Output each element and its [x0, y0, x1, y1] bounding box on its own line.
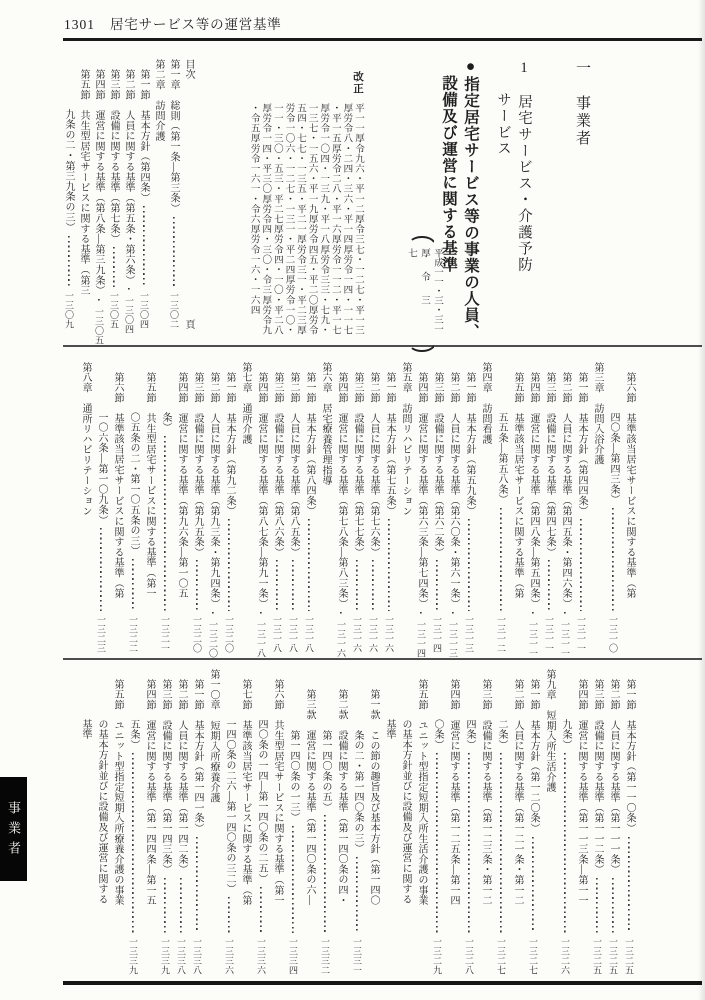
toc-entry: 第四節 運営に関する基準（第九六条―第一〇五 — [173, 362, 189, 653]
toc-entry-text: 〇条） — [429, 719, 445, 750]
toc-page-number: 一三二七 — [493, 936, 509, 975]
toc-entry: 第一四〇条の一三） 一三三四 — [285, 669, 301, 975]
toc-entry-text: 二条） — [493, 719, 509, 750]
toc-entry: の基本方針並びに設備及び運営に関する — [397, 669, 413, 975]
toc-entry: 〇条） 一三二九 — [429, 669, 445, 975]
dotted-leader — [605, 508, 621, 611]
toc-entry: 第五節 共生型居宅サービスに関する基準（第三 — [76, 59, 91, 329]
amendment-column: 平一一厚令九六・平一二厚令三七・一二七・平一三 — [351, 103, 363, 335]
toc-page-number: 一三〇五 — [91, 306, 106, 345]
toc-entry-text: 第四節 運営に関する基準（第八条―第三九条） — [91, 69, 106, 296]
toc-entry: 第四節 運営に関する基準（第一二五条―第一四 — [445, 669, 461, 975]
dotted-leader — [557, 753, 573, 933]
dotted-leader — [589, 878, 605, 933]
toc-entry: 第二節 人員に関する基準（第七六条） 一三一六 — [365, 362, 381, 653]
dotted-leader — [285, 826, 301, 933]
dotted-leader — [125, 559, 141, 611]
toc-entry-text: 四条） — [461, 719, 477, 750]
toc-entry-text: 第三款 運営に関する基準（第一四〇条の六― — [301, 689, 317, 905]
toc-entry-text: 基準 — [381, 719, 397, 740]
toc-entry-text: 第二節 人員に関する基準（第一二一条・第一二 — [509, 679, 525, 906]
toc-entry-text: 第一節 基本方針（第九二条） — [221, 372, 237, 516]
toc-entry-text: 第六節 共生型居宅サービスに関する基準（第一 — [269, 679, 285, 906]
toc-entry: 第二章 訪問介護 — [151, 59, 166, 329]
toc-entry-text: 第一節 基本方針（第七五条） — [381, 372, 397, 516]
toc-entry: 五五条―第五八条） 一三一二 — [493, 362, 509, 653]
toc-entry-text: 第四章 訪問看護 — [477, 362, 493, 444]
amendment-label: 改正 — [350, 71, 365, 95]
toc-entry-text: 第二節 人員に関する基準（第七六条） — [365, 372, 381, 557]
toc-entry-text: 第五節 共生型居宅サービスに関する基準（第三 — [76, 69, 91, 296]
toc-page-number: 一三一三 — [445, 619, 461, 658]
toc-entry-text: 第五節 共生型居宅サービスに関する基準（第一 — [141, 372, 157, 599]
dotted-leader — [189, 837, 205, 934]
toc-entry-text: 四〇条―第四三条） — [605, 412, 621, 505]
toc-entry-text: 第三節 設備に関する基準（第一四三条） — [157, 679, 173, 875]
dotted-leader — [166, 217, 181, 288]
toc-page-number: 一三二〇 — [205, 619, 221, 658]
toc-entry: 第三節 設備に関する基準（第七条） 一三〇五 — [106, 59, 121, 329]
dotted-leader — [253, 612, 269, 616]
toc-entry: 第一節 基本方針（第四四条） 一三一一 — [573, 362, 589, 653]
dotted-leader — [269, 560, 285, 611]
dotted-leader — [493, 753, 509, 933]
toc-entry-text: 第七節 基準該当居宅サービスに関する基準（第 — [237, 679, 253, 906]
amendment-column: 厚労令一〇四・一三九・平一八厚労令三三・七九・ — [317, 103, 329, 335]
part-heading: 一 事業者 1 居宅サービス・介護予防 サービス — [493, 60, 593, 346]
toc-entry-text: 第二節 人員に関する基準（第五条・第六条） — [121, 69, 136, 285]
toc-entry: 基準 — [77, 669, 93, 975]
dotted-leader — [413, 612, 429, 616]
subsection-text: 居宅サービス・介護予防 — [516, 78, 532, 274]
toc-entry: 第一節 基本方針（第八四条） 一三一八 — [301, 362, 317, 653]
toc-page-number: 一三三九 — [157, 936, 173, 975]
toc-page-number: 一三一一 — [557, 619, 573, 658]
toc-entry: 第五節 基準該当居宅サービスに関する基準（第 — [509, 362, 525, 653]
dotted-leader — [136, 206, 151, 287]
toc-page-number: 一三二五 — [621, 936, 637, 975]
dotted-leader — [525, 837, 541, 934]
bottom-rule — [63, 981, 702, 985]
toc-entry: 第九章 短期入所生活介護 — [541, 669, 557, 975]
toc-page-number: 一三一三 — [461, 614, 477, 653]
toc-page-number: 一三一一 — [541, 614, 557, 653]
toc-entry: 九条の二・第三九条の三） 一三〇九 — [61, 59, 76, 329]
toc-entry: 第一〇章 短期入所療養介護 — [205, 669, 221, 975]
dotted-leader — [557, 612, 573, 616]
dotted-leader — [106, 247, 121, 287]
toc-band-1: 目次 頁 第一章 総則（第一条―第三条） 一三〇二 第二章 訪問介護 第一節 基… — [61, 59, 196, 329]
dotted-leader — [157, 436, 173, 611]
toc-entry: 第一節 基本方針（第一二〇条） 一三二七 — [525, 669, 541, 975]
toc-entry-text: 条） — [157, 412, 173, 433]
toc-entry-text: の基本方針並びに設備及び運営に関する — [397, 719, 413, 904]
toc-entry-text: 第四節 運営に関する基準（第一四四条―第一五 — [141, 679, 157, 906]
toc-entry: 一四〇条の二六―第一四〇条の三二） 一三三六 — [221, 669, 237, 975]
dotted-leader — [541, 560, 557, 611]
toc-entry: 第一節 基本方針（第一一〇条） 一三二五 — [621, 669, 637, 975]
toc-entry-text: 第三節 設備に関する基準（第一二三条・第一二 — [477, 679, 493, 906]
toc-page-number: 一三二二 — [125, 614, 141, 653]
toc-page-number: 頁 — [181, 318, 196, 330]
toc-entry-text: 第一四〇条の一三） — [285, 730, 301, 823]
toc-entry: 第四節 運営に関する基準（第七八条―第八三条） 一三一六 — [333, 362, 349, 653]
toc-entry-text: 第四節 運営に関する基準（第九六条―第一〇五 — [173, 372, 189, 599]
dotted-leader — [205, 612, 221, 616]
toc-entry: 第六節 共生型居宅サービスに関する基準（第一 — [269, 669, 285, 975]
toc-page-number: 一三〇九 — [61, 290, 76, 329]
toc-entry: 第五節 ユニット型指定短期入所療養介護の事業 — [109, 669, 125, 975]
toc-entry: 第五節 共生型居宅サービスに関する基準（第一 — [141, 362, 157, 653]
toc-entry: 第一節 基本方針（第四条） 一三〇四 — [136, 59, 151, 329]
toc-page-number: 一三一八 — [285, 614, 301, 653]
law-title-line1: ●指定居宅サービス等の事業の人員、 — [459, 58, 481, 340]
toc-entry: 第三節 設備に関する基準（第一一二条） 一三二五 — [589, 669, 605, 975]
toc-page-number: 一三一六 — [381, 614, 397, 653]
toc-entry: 第三節 設備に関する基準（第七七条） 一三一六 — [349, 362, 365, 653]
toc-entry-text: 第五節 ユニット型指定短期入所療養介護の事業 — [109, 679, 125, 906]
toc-entry-text: 第九章 短期入所生活介護 — [541, 669, 557, 793]
dotted-leader — [189, 560, 205, 611]
toc-page-number: 一三一八 — [301, 614, 317, 653]
close-paren-icon — [408, 343, 436, 352]
toc-entry-text: 第一節 基本方針（第一一〇条） — [621, 679, 637, 834]
dotted-leader — [525, 612, 541, 616]
toc-entry: 条） 一三二一 — [157, 362, 173, 653]
toc-entry: 第三章 訪問入浴介護 — [589, 362, 605, 653]
toc-page-number: 一三三二 — [317, 936, 333, 975]
dotted-leader — [221, 519, 237, 611]
amendment-column: 労令一〇六・一二七・一三一・平二四厚労令一〇・ — [282, 103, 294, 335]
toc-entry-text: 第四節 運営に関する基準（第四八条―第五四条） — [525, 372, 541, 609]
toc-entry: 五条） 一三三九 — [125, 669, 141, 975]
toc-entry: 第六節 基準該当居宅サービスに関する基準（第 — [109, 362, 125, 653]
toc-entry: 第三節 設備に関する基準（第一二三条・第一二 — [477, 669, 493, 975]
toc-entry-text: 九条の二・第三九条の三） — [61, 109, 76, 233]
toc-page-number: 一三一八 — [269, 614, 285, 653]
toc-entry-text: 第四節 運営に関する基準（第八七条―第九一条） — [253, 372, 269, 609]
toc-entry-text: 第四節 運営に関する基準（第六三条―第七四条） — [413, 372, 429, 609]
toc-page-number: 一三一六 — [333, 619, 349, 658]
page-number: 1301 — [64, 17, 95, 32]
toc-entry: 第五章 訪問リハビリテーション — [397, 362, 413, 653]
toc-entry-text: 第二節 人員に関する基準（第一四二条） — [173, 679, 189, 875]
toc-entry-text: 第二節 人員に関する基準（第六〇条・第六一条） — [445, 372, 461, 609]
toc-entry: 第二節 人員に関する基準（第一一一条） 一三二五 — [605, 669, 621, 975]
toc-entry-text: 第一〇章 短期入所療養介護 — [205, 669, 221, 803]
subsection-heading: 1 居宅サービス・介護予防 — [514, 60, 535, 346]
dotted-leader — [221, 897, 237, 933]
toc-entry-text: 第一節 基本方針（第一四一条） — [189, 679, 205, 834]
toc-entry-text: 第五節 ユニット型指定短期入所生活介護の事業 — [413, 679, 429, 906]
dotted-leader — [285, 560, 301, 611]
toc-entry-text: 第三節 設備に関する基準（第九五条） — [189, 372, 205, 557]
toc-page-number: 一三一一 — [573, 614, 589, 653]
dotted-leader — [61, 236, 76, 287]
toc-entry-text: 第三節 設備に関する基準（第八六条） — [269, 372, 285, 557]
dotted-leader — [91, 299, 106, 303]
amendment-column: 一三七・一五六・平一九厚労令四五・平二〇厚労令 — [305, 103, 317, 335]
page-header: 1301居宅サービス等の運営基準 — [64, 13, 282, 33]
toc-entry-text: 基準 — [77, 719, 93, 740]
toc-page-number: 一三一四 — [429, 614, 445, 653]
dotted-leader — [181, 83, 196, 315]
enactment-number: 厚令三七 — [404, 248, 430, 340]
toc-entry-text: 第一款 この節の趣旨及び基本方針（第一四〇 — [365, 689, 381, 905]
toc-page-number: 一三二七 — [525, 936, 541, 975]
subsection-number: 1 — [516, 60, 532, 78]
amendment-column: ・令五厚労令一六一・令六厚労令一六・一六四 — [247, 103, 259, 335]
toc-page-number: 一三一八 — [253, 619, 269, 658]
toc-entry: 第一款 この節の趣旨及び基本方針（第一四〇 — [365, 669, 381, 975]
toc-entry: 第三節 設備に関する基準（第九五条） 一三二〇 — [189, 362, 205, 653]
toc-page-number: 一三一四 — [413, 619, 429, 658]
toc-entry: 第四節 運営に関する基準（第一四四条―第一五 — [141, 669, 157, 975]
toc-entry-text: 第三節 設備に関する基準（第七条） — [106, 69, 121, 244]
page-edge-shading — [698, 0, 705, 1000]
toc-entry: 第六節 基準該当居宅サービスに関する基準（第 — [621, 362, 637, 653]
dotted-leader — [365, 560, 381, 611]
dotted-leader — [301, 519, 317, 611]
toc-entry-text: 第六節 基準該当居宅サービスに関する基準（第 — [109, 372, 125, 599]
toc-entry-text: 条の二・第一四〇条の三） — [349, 730, 365, 854]
toc-entry: 第六章 居宅療養管理指導 — [317, 362, 333, 653]
enactment-reference: 平成一一・三・三一 厚令三七 — [400, 236, 444, 352]
toc-entry-text: 第二款 設備に関する基準（第一四〇条の四・ — [333, 689, 349, 905]
amendment-column: 五四・七七・一三五・平二一厚労令三一・平二三厚 — [293, 103, 305, 335]
dotted-leader — [349, 560, 365, 611]
dotted-leader — [445, 612, 461, 616]
toc-page-number: 一三二五 — [605, 936, 621, 975]
toc-page-number: 一三〇四 — [136, 290, 151, 329]
toc-page-number: 一三二一 — [157, 614, 173, 653]
amendment-column: 一一・三〇・五三・平二七厚労令四・一〇・平二八 — [270, 103, 282, 335]
toc-page-number: 一三二〇 — [221, 614, 237, 653]
toc-entry: 第四節 運営に関する基準（第一一三条―第一一 — [573, 669, 589, 975]
toc-page-number: 一三三一 — [349, 936, 365, 975]
dotted-leader — [493, 508, 509, 611]
dotted-leader — [93, 528, 109, 611]
side-tab-jigyosha: 事業者 — [0, 777, 27, 881]
toc-entry: 第八章 通所リハビリテーション — [77, 362, 93, 653]
toc-entry-text: 第一節 基本方針（第五九条） — [461, 372, 477, 516]
toc-entry-text: 第三節 設備に関する基準（第一一二条） — [589, 679, 605, 875]
amendment-column: ・平一五厚労令二八・平一六厚労令一一二・平一七 — [328, 103, 340, 335]
dotted-leader — [429, 560, 445, 611]
subsection-heading-wrap: サービス — [493, 60, 514, 346]
top-rule — [63, 38, 702, 41]
dotted-leader — [461, 753, 477, 933]
toc-entry: 第二節 人員に関する基準（第五条・第六条） 一三〇四 — [121, 59, 136, 329]
running-title: 居宅サービス等の運営基準 — [110, 17, 282, 32]
dotted-leader — [429, 753, 445, 933]
toc-entry-text: 第六節 基準該当居宅サービスに関する基準（第 — [621, 372, 637, 599]
dotted-leader — [621, 837, 637, 934]
toc-entry-text: 第二節 人員に関する基準（第八五条） — [285, 372, 301, 557]
amendment-column: 厚労令八・二四・三六・平一四厚労令一四・一一七 — [340, 103, 352, 335]
toc-page-number: 一三二九 — [429, 936, 445, 975]
toc-entry: 四条） 一三二八 — [461, 669, 477, 975]
toc-entry-text: 第四節 運営に関する基準（第一二五条―第一四 — [445, 679, 461, 906]
toc-entry: 基準 — [381, 669, 397, 975]
toc-page-number: 一三一〇 — [605, 614, 621, 653]
enactment-date: 平成一一・三・三一 — [430, 248, 443, 340]
toc-page-number: 一三二三 — [93, 614, 109, 653]
toc-entry-text: 第四節 運営に関する基準（第一一三条―第一一 — [573, 679, 589, 906]
toc-entry-text: 第三節 設備に関する基準（第六二条） — [429, 372, 445, 557]
band-separator-1 — [63, 345, 702, 347]
open-paren-icon — [408, 236, 436, 245]
side-tab-label: 事業者 — [4, 797, 23, 861]
dotted-leader — [253, 887, 269, 933]
toc-entry: 九条） 一三二六 — [557, 669, 573, 975]
toc-entry: 第三節 設備に関する基準（第六二条） 一三一四 — [429, 362, 445, 653]
toc-page-number: 一三三六 — [221, 936, 237, 975]
toc-entry: 第四節 運営に関する基準（第八七条―第九一条） 一三一八 — [253, 362, 269, 653]
toc-entry-text: 第八章 通所リハビリテーション — [77, 362, 93, 517]
toc-entry: 一〇六条―第一〇九条） 一三二三 — [93, 362, 109, 653]
toc-page-number: 一三三八 — [189, 936, 205, 975]
toc-entry: 第七節 基準該当居宅サービスに関する基準（第 — [237, 669, 253, 975]
amendment-column: 厚労令一四・平三〇厚労令四・三〇・令三厚労令九 — [259, 103, 271, 335]
toc-entry-text: 第一四〇条の五） — [317, 730, 333, 812]
toc-page-number: 一三二五 — [589, 936, 605, 975]
toc-entry-text: 五五条―第五八条） — [493, 412, 509, 505]
toc-page-number: 一三一六 — [349, 614, 365, 653]
toc-page-number: 一三一一 — [525, 619, 541, 658]
toc-entry-text: 第二節 人員に関する基準（第一一一条） — [605, 679, 621, 875]
toc-entry-text: 第六章 居宅療養管理指導 — [317, 362, 333, 486]
toc-entry: 第二節 人員に関する基準（第九三条・第九四条） 一三二〇 — [205, 362, 221, 653]
dotted-leader — [125, 753, 141, 933]
toc-entry-text: 九条） — [557, 719, 573, 750]
toc-entry-text: 第一節 基本方針（第四条） — [136, 69, 151, 203]
toc-entry: 条の二・第一四〇条の三） 一三三一 — [349, 669, 365, 975]
toc-entry-text: 第五節 基準該当居宅サービスに関する基準（第 — [509, 372, 525, 599]
toc-entry-text: 目次 — [181, 59, 196, 80]
toc-entry: 第二節 人員に関する基準（第六〇条・第六一条） 一三一三 — [445, 362, 461, 653]
toc-band-2: 第六節 基準該当居宅サービスに関する基準（第 四〇条―第四三条） 一三一〇 第三… — [77, 362, 637, 653]
toc-entry-text: 第二節 人員に関する基準（第四五条・第四六条） — [557, 372, 573, 609]
toc-entry: 第三節 設備に関する基準（第一四三条） 一三三九 — [157, 669, 173, 975]
toc-entry: 第一節 基本方針（第五九条） 一三一三 — [461, 362, 477, 653]
toc-page-number: 一三一六 — [365, 614, 381, 653]
band-separator-2 — [63, 658, 702, 660]
toc-entry-text: 第二節 人員に関する基準（第九三条・第九四条） — [205, 372, 221, 609]
toc-entry: 第四章 訪問看護 — [477, 362, 493, 653]
toc-entry: 第七章 通所介護 — [237, 362, 253, 653]
dotted-leader — [121, 288, 136, 292]
toc-entry-text: 第三節 設備に関する基準（第七七条） — [349, 372, 365, 557]
toc-page-number: 一三二〇 — [189, 614, 205, 653]
toc-entry-text: 一四〇条の二六―第一四〇条の三二） — [221, 719, 237, 894]
toc-entry: 第四節 運営に関する基準（第六三条―第七四条） 一三一四 — [413, 362, 429, 653]
toc-entry: 四〇条の一四―第一四〇条の二五） 一三三六 — [253, 669, 269, 975]
toc-entry-text: 〇五条の二・第一〇五条の三） — [125, 412, 141, 556]
toc-page-number: 一三三六 — [253, 936, 269, 975]
toc-entry: 第二節 人員に関する基準（第一二一条・第一二 — [509, 669, 525, 975]
toc-entry-text: 第四節 運営に関する基準（第七八条―第八三条） — [333, 372, 349, 609]
toc-entry: 第二款 設備に関する基準（第一四〇条の四・ — [333, 669, 349, 975]
toc-page-number: 一三〇四 — [121, 295, 136, 334]
dotted-leader — [333, 612, 349, 616]
amendment-history: 平一一厚令九六・平一二厚令三七・一二七・平一三厚労令八・二四・三六・平一四厚労令… — [247, 103, 363, 335]
toc-entry-text: 第一章 総則（第一条―第三条） — [166, 59, 181, 214]
toc-page-number: 一三三四 — [285, 936, 301, 975]
dotted-leader — [349, 857, 365, 933]
toc-entry: 第三款 運営に関する基準（第一四〇条の六― — [301, 669, 317, 975]
enactment-date-columns: 平成一一・三・三一 厚令三七 — [404, 248, 443, 340]
toc-entry: 四〇条―第四三条） 一三一〇 — [605, 362, 621, 653]
toc-entry: 第一節 基本方針（第九二条） 一三二〇 — [221, 362, 237, 653]
toc-entry: 第一四〇条の五） 一三三二 — [317, 669, 333, 975]
toc-entry: 第二節 人員に関する基準（第八五条） 一三一八 — [285, 362, 301, 653]
toc-entry: 第四節 運営に関する基準（第四八条―第五四条） 一三一一 — [525, 362, 541, 653]
toc-entry: 第五節 ユニット型指定短期入所生活介護の事業 — [413, 669, 429, 975]
toc-entry: 〇五条の二・第一〇五条の三） 一三二二 — [125, 362, 141, 653]
dotted-leader — [173, 878, 189, 933]
toc-entry-text: 第二章 訪問介護 — [151, 59, 166, 141]
toc-entry: 第三節 設備に関する基準（第八六条） 一三一八 — [269, 362, 285, 653]
toc-entry-text: の基本方針並びに設備及び運営に関する — [93, 719, 109, 904]
toc-entry-text: 一〇六条―第一〇九条） — [93, 412, 109, 525]
toc-entry-text: 第七章 通所介護 — [237, 362, 253, 444]
toc-entry-text: 第一節 基本方針（第八四条） — [301, 372, 317, 516]
toc-entry: 第四節 運営に関する基準（第八条―第三九条） 一三〇五 — [91, 59, 106, 329]
toc-entry: 二条） 一三二七 — [493, 669, 509, 975]
toc-entry: 第三節 設備に関する基準（第四七条） 一三一一 — [541, 362, 557, 653]
toc-entry-text: 五条） — [125, 719, 141, 750]
toc-entry: 第二節 人員に関する基準（第一四二条） 一三三八 — [173, 669, 189, 975]
toc-page-number: 一三三八 — [173, 936, 189, 975]
dotted-leader — [605, 878, 621, 933]
toc-page-number: 一三二八 — [461, 936, 477, 975]
toc-entry-text: 第三章 訪問入浴介護 — [589, 362, 605, 465]
toc-entry: 第二節 人員に関する基準（第四五条・第四六条） 一三一一 — [557, 362, 573, 653]
part-number-heading: 一 事業者 — [572, 60, 593, 346]
toc-entry: の基本方針並びに設備及び運営に関する — [93, 669, 109, 975]
dotted-leader — [461, 519, 477, 611]
toc-entry: 第一節 基本方針（第一四一条） 一三三八 — [189, 669, 205, 975]
toc-entry-text: 第一節 基本方針（第四四条） — [573, 372, 589, 516]
toc-entry-text: 第五章 訪問リハビリテーション — [397, 362, 413, 517]
scanned-law-page: 1301居宅サービス等の運営基準 一 事業者 1 居宅サービス・介護予防 サービ… — [0, 0, 705, 1000]
toc-page-number: 一三〇五 — [106, 290, 121, 329]
toc-page-number: 一三二六 — [557, 936, 573, 975]
toc-entry-text: 第三節 設備に関する基準（第四七条） — [541, 372, 557, 557]
dotted-leader — [157, 878, 173, 933]
toc-entry: 第一章 総則（第一条―第三条） 一三〇二 — [166, 59, 181, 329]
toc-entry: 目次 頁 — [181, 59, 196, 329]
toc-page-number: 一三一二 — [493, 614, 509, 653]
dotted-leader — [317, 815, 333, 933]
toc-entry-text: 第一節 基本方針（第一二〇条） — [525, 679, 541, 834]
toc-band-3: 第一節 基本方針（第一一〇条） 一三二五 第二節 人員に関する基準（第一一一条）… — [77, 669, 637, 975]
dotted-leader — [381, 519, 397, 611]
toc-page-number: 一三〇二 — [166, 290, 181, 329]
toc-entry: 第一節 基本方針（第七五条） 一三一六 — [381, 362, 397, 653]
dotted-leader — [573, 519, 589, 611]
toc-entry-text: 四〇条の一四―第一四〇条の二五） — [253, 719, 269, 884]
toc-page-number: 一三三九 — [125, 936, 141, 975]
